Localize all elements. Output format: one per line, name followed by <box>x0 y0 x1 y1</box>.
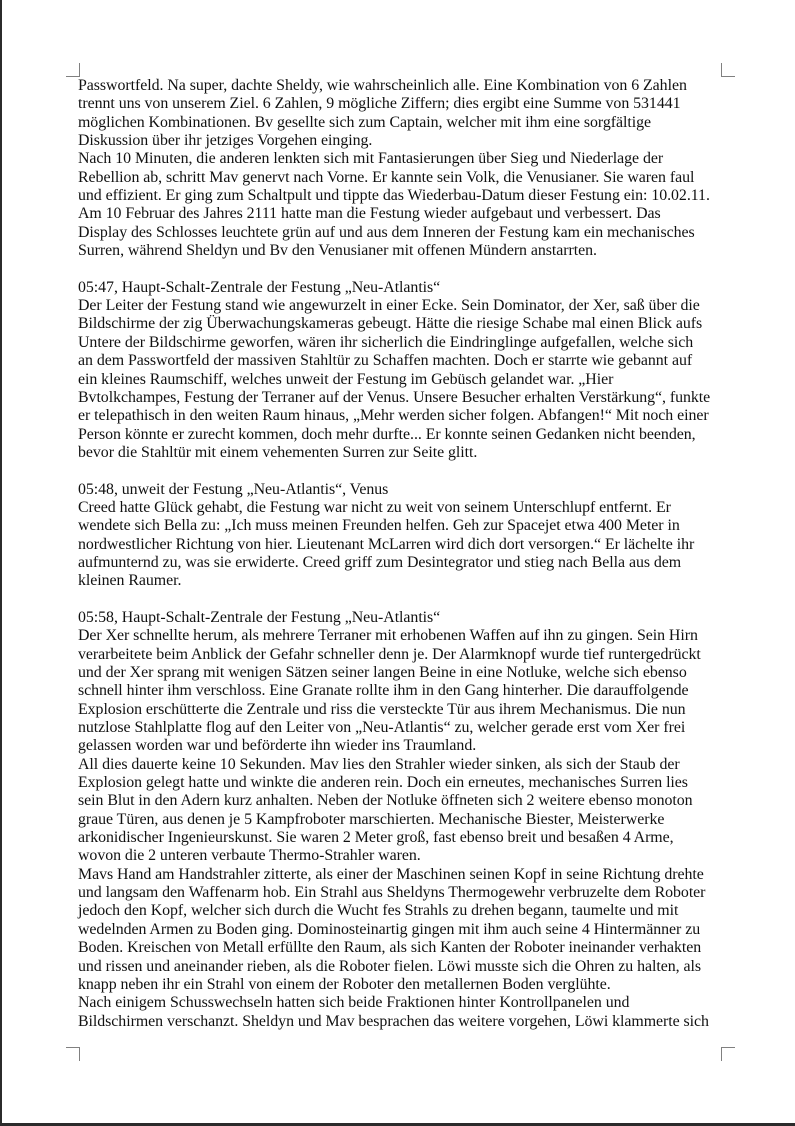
text-line: und langsam den Waffenarm hob. Ein Strah… <box>78 884 723 902</box>
text-line: bevor die Stahltür mit einem vehementen … <box>78 444 723 462</box>
text-line: Display des Schlosses leuchtete grün auf… <box>78 224 723 242</box>
document-text-body[interactable]: Passwortfeld. Na super, dachte Sheldy, w… <box>78 77 723 1031</box>
text-line: wendete sich Bella zu: „Ich muss meinen … <box>78 517 723 535</box>
text-line: Mavs Hand am Handstrahler zitterte, als … <box>78 866 723 884</box>
text-line: Der Xer schnellte herum, als mehrere Ter… <box>78 627 723 645</box>
text-line: kleinen Raumer. <box>78 572 723 590</box>
text-line: und der Xer sprang mit wenigen Sätzen se… <box>78 664 723 682</box>
text-line: 05:47, Haupt-Schalt-Zentrale der Festung… <box>78 279 723 297</box>
text-line: Diskussion über ihr jetziges Vorgehen ei… <box>78 132 723 150</box>
text-line: aufmunternd zu, was sie erwiderte. Creed… <box>78 554 723 572</box>
text-boundary-corner-top-left <box>66 63 80 77</box>
text-line: an dem Passwortfeld der massiven Stahltü… <box>78 352 723 370</box>
text-line: nutzlose Stahlplatte flog auf den Leiter… <box>78 719 723 737</box>
text-line: graue Türen, aus denen je 5 Kampfroboter… <box>78 811 723 829</box>
text-line: sein Blut in den Adern kurz anhalten. Ne… <box>78 792 723 810</box>
paragraph: Mavs Hand am Handstrahler zitterte, als … <box>78 866 723 994</box>
paragraph: Creed hatte Glück gehabt, die Festung wa… <box>78 499 723 591</box>
text-line: knapp neben ihr ein Strahl von einem der… <box>78 976 723 994</box>
text-line: Untere der Bildschirme geworfen, wären i… <box>78 334 723 352</box>
text-line: Creed hatte Glück gehabt, die Festung wa… <box>78 499 723 517</box>
text-line: Bildschirme der zig Überwachungskameras … <box>78 315 723 333</box>
text-line: und rissen und aneinander rieben, als di… <box>78 958 723 976</box>
paragraph: Passwortfeld. Na super, dachte Sheldy, w… <box>78 77 723 150</box>
text-line: jedoch den Kopf, welcher sich durch die … <box>78 902 723 920</box>
text-line: ein kleines Raumschiff, welches unweit d… <box>78 371 723 389</box>
text-line: Surren, während Sheldyn und Bv den Venus… <box>78 242 723 260</box>
text-line: Passwortfeld. Na super, dachte Sheldy, w… <box>78 77 723 95</box>
text-line: wovon die 2 unteren verbaute Thermo-Stra… <box>78 847 723 865</box>
paragraph: Nach einigem Schusswechseln hatten sich … <box>78 994 723 1031</box>
text-line: möglichen Kombinationen. Bv gesellte sic… <box>78 114 723 132</box>
text-line: und effizient. Er ging zum Schaltpult un… <box>78 187 723 205</box>
text-line: Rebellion ab, schritt Mav genervt nach V… <box>78 169 723 187</box>
text-line: Person könnte er zurecht kommen, doch me… <box>78 426 723 444</box>
text-line: Am 10 Februar des Jahres 2111 hatte man … <box>78 205 723 223</box>
text-line: Bvtolkchampes, Festung der Terraner auf … <box>78 389 723 407</box>
text-boundary-corner-top-right <box>721 63 735 77</box>
section-heading: 05:48, unweit der Festung „Neu-Atlantis“… <box>78 481 723 499</box>
paragraph: Der Leiter der Festung stand wie angewur… <box>78 297 723 462</box>
text-line: schnell hinter ihm verschloss. Eine Gran… <box>78 682 723 700</box>
empty-line <box>78 591 723 609</box>
text-line: verarbeitete beim Anblick der Gefahr sch… <box>78 646 723 664</box>
text-line: gelassen worden war und beförderte ihn w… <box>78 737 723 755</box>
text-line: wedelnden Armen zu Boden ging. Dominoste… <box>78 921 723 939</box>
text-boundary-corner-bottom-right <box>721 1047 735 1061</box>
text-line: All dies dauerte keine 10 Sekunden. Mav … <box>78 756 723 774</box>
empty-line <box>78 462 723 480</box>
text-line: Explosion gelegt hatte und winkte die an… <box>78 774 723 792</box>
text-line: Boden. Kreischen von Metall erfüllte den… <box>78 939 723 957</box>
paragraph: All dies dauerte keine 10 Sekunden. Mav … <box>78 756 723 866</box>
text-line: nordwestlicher Richtung von hier. Lieute… <box>78 536 723 554</box>
text-line: Nach einigem Schusswechseln hatten sich … <box>78 994 723 1012</box>
paragraph: Der Xer schnellte herum, als mehrere Ter… <box>78 627 723 755</box>
text-line: Der Leiter der Festung stand wie angewur… <box>78 297 723 315</box>
section-heading: 05:47, Haupt-Schalt-Zentrale der Festung… <box>78 279 723 297</box>
section-heading: 05:58, Haupt-Schalt-Zentrale der Festung… <box>78 609 723 627</box>
text-line: 05:48, unweit der Festung „Neu-Atlantis“… <box>78 481 723 499</box>
text-line: trennt uns von unserem Ziel. 6 Zahlen, 9… <box>78 95 723 113</box>
text-line: arkonidischer Ingenieurskunst. Sie waren… <box>78 829 723 847</box>
paragraph: Nach 10 Minuten, die anderen lenkten sic… <box>78 150 723 260</box>
text-line: er telepathisch in den weiten Raum hinau… <box>78 407 723 425</box>
text-line: Explosion erschütterte die Zentrale und … <box>78 701 723 719</box>
text-line: 05:58, Haupt-Schalt-Zentrale der Festung… <box>78 609 723 627</box>
empty-line <box>78 260 723 278</box>
text-boundary-corner-bottom-left <box>66 1047 80 1061</box>
text-line: Bildschirmen verschanzt. Sheldyn und Mav… <box>78 1013 723 1031</box>
text-line: Nach 10 Minuten, die anderen lenkten sic… <box>78 150 723 168</box>
